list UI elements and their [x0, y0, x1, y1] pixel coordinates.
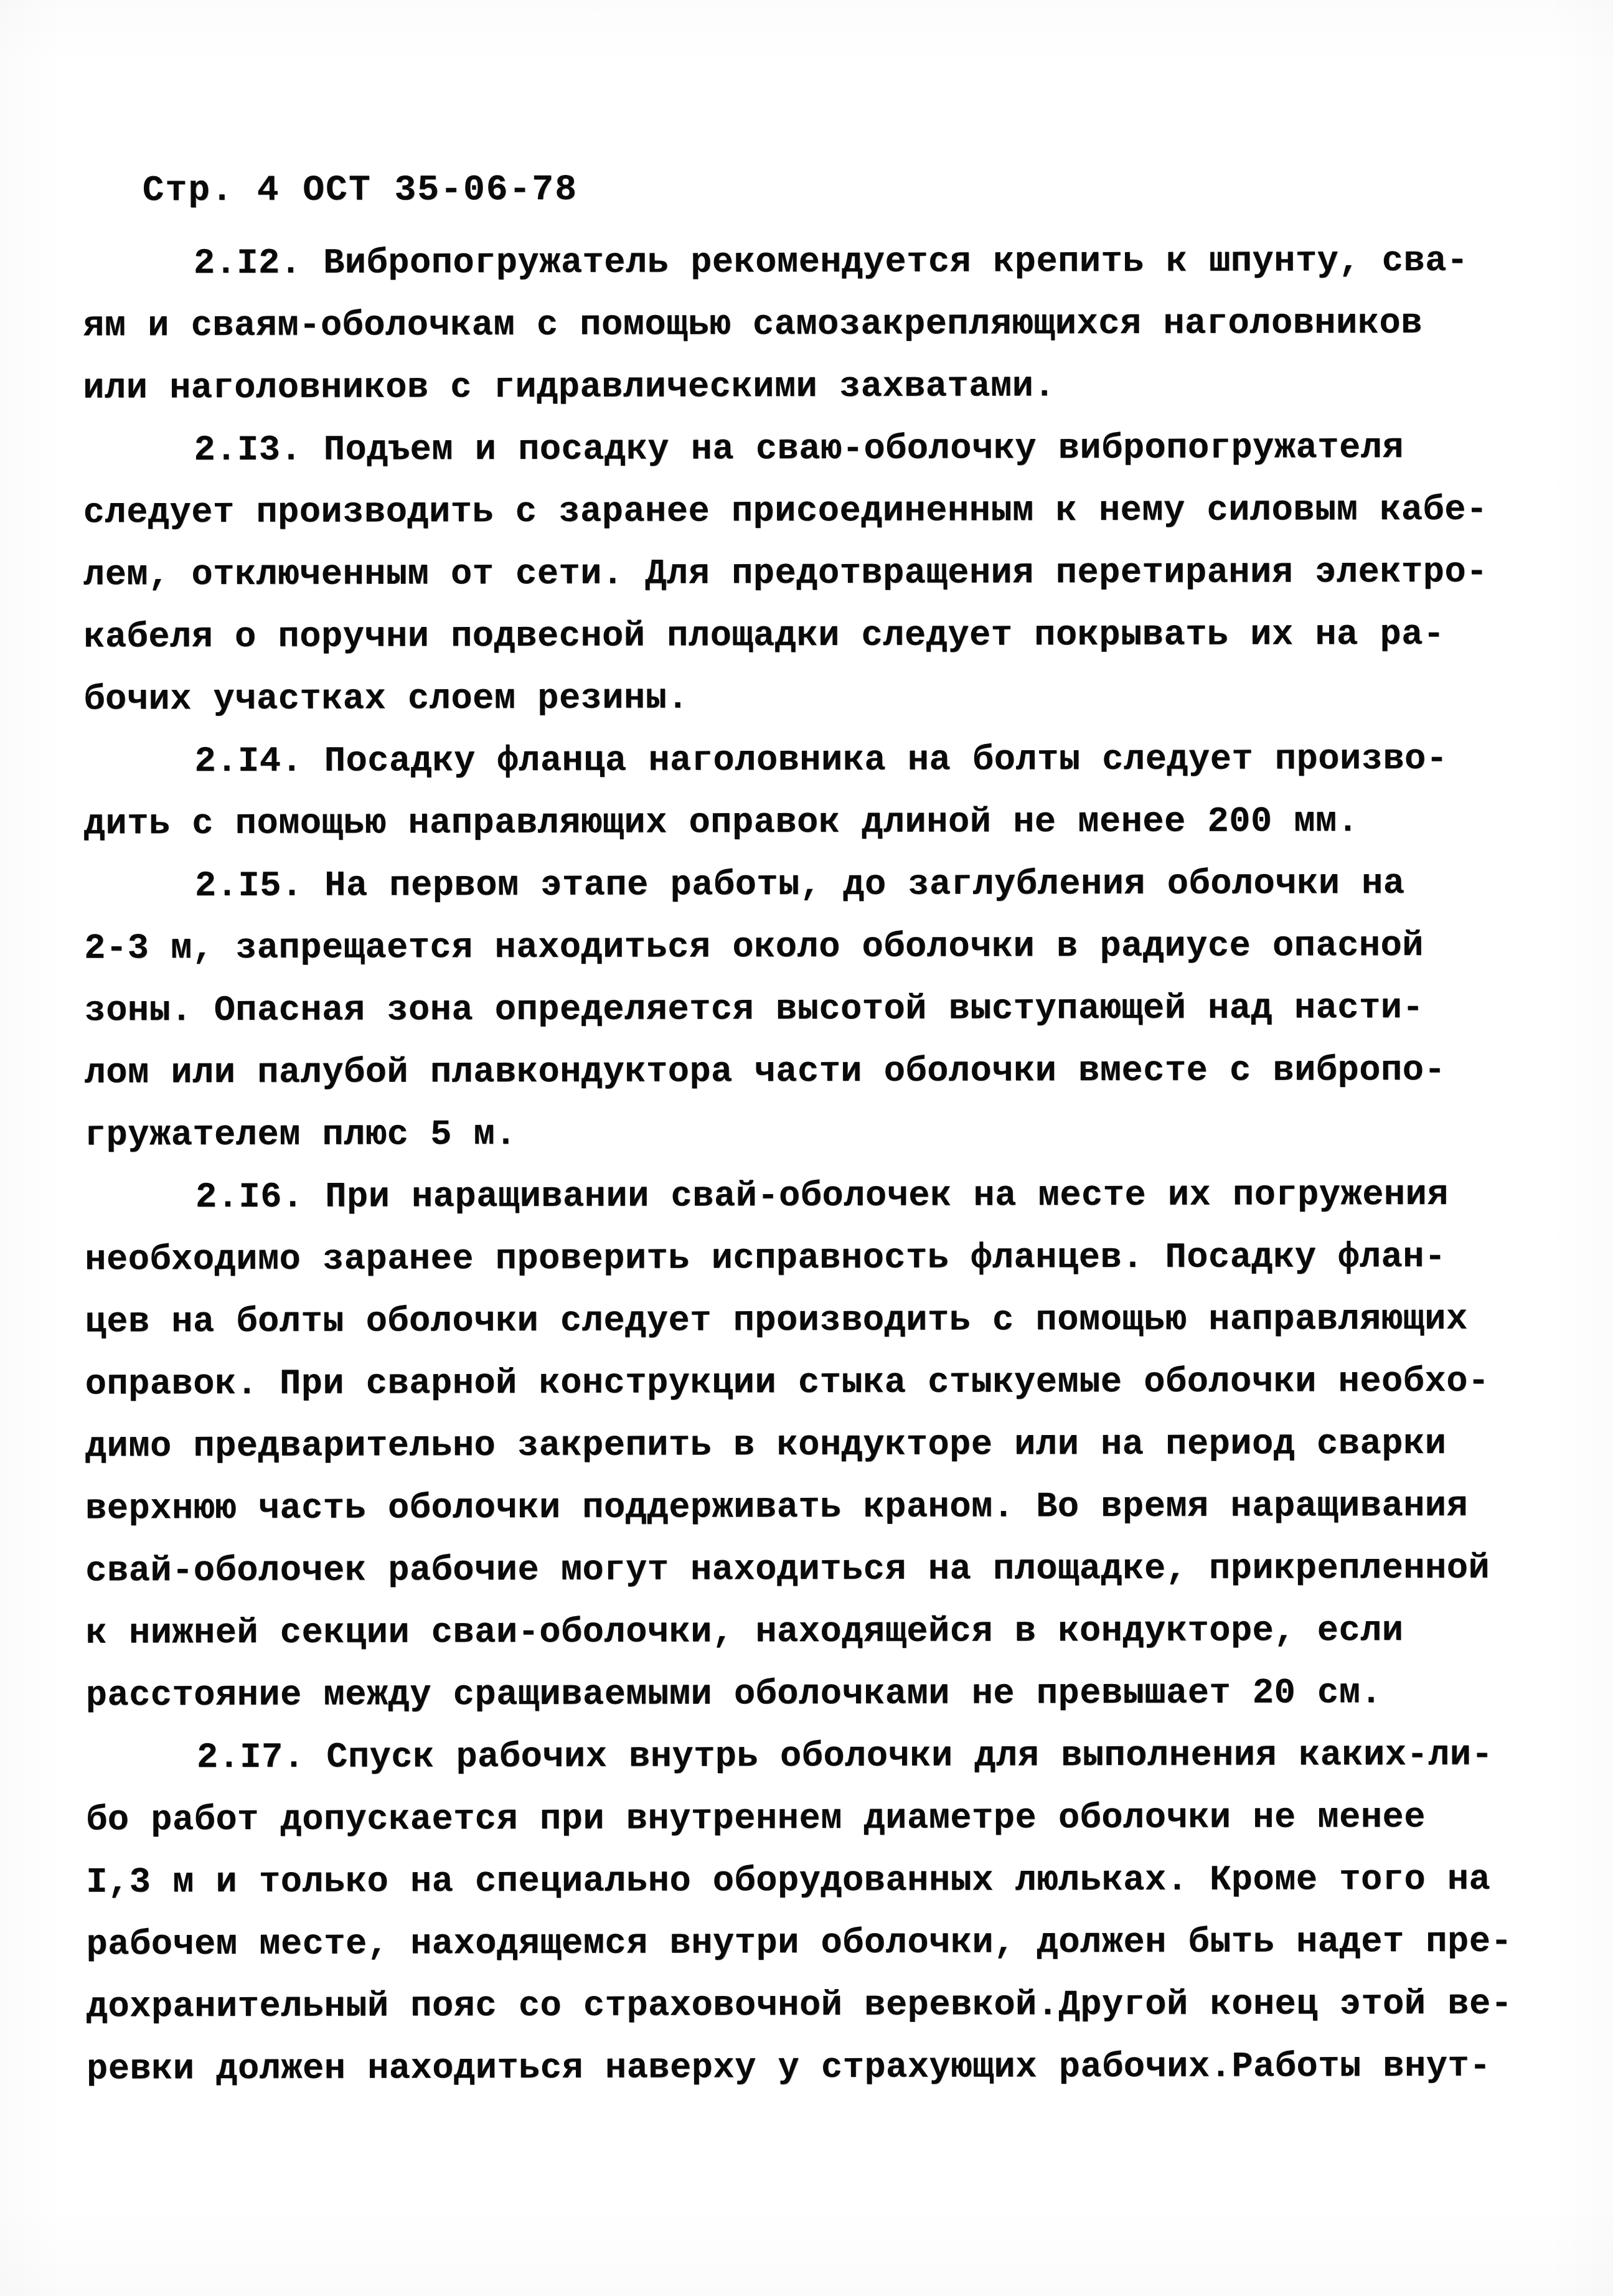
text-line: 2.I3. Подъем и посадку на сваю-оболочку … [83, 417, 1540, 482]
text-line: лом или палубой плавкондуктора части обо… [85, 1040, 1541, 1105]
text-line: 2.I4. Посадку фланца наголовника на болт… [83, 728, 1540, 794]
text-line: ревки должен находиться наверху у страху… [87, 2036, 1543, 2101]
text-line: димо предварительно закрепить в кондукто… [85, 1413, 1542, 1479]
text-line: расстояние между сращиваемыми оболочками… [86, 1662, 1543, 1728]
text-line: 2.I7. Спуск рабочих внутрь оболочки для … [86, 1724, 1543, 1790]
text-line: следует производить с заранее присоедине… [83, 479, 1540, 545]
text-line: или наголовников с гидравлическими захва… [83, 355, 1540, 420]
text-line: бочих участках слоем резины. [83, 666, 1540, 732]
text-line: дохранительный пояс со страховочной вере… [87, 1974, 1543, 2039]
text-line: 2.I6. При наращивании свай-оболочек на м… [85, 1164, 1541, 1230]
text-line: 2-3 м, запрещается находиться около обол… [84, 915, 1541, 981]
text-line: к нижней секции сваи-оболочки, находящей… [85, 1600, 1542, 1665]
text-line: 2.I2. Вибропогружатель рекомендуется кре… [83, 230, 1540, 296]
text-line: рабочем месте, находящемся внутри оболоч… [86, 1911, 1543, 1977]
text-line: 2.I5. На первом этапе работы, до заглубл… [84, 853, 1541, 918]
text-line: верхнюю часть оболочки поддерживать кран… [85, 1475, 1542, 1541]
text-line: кабеля о поручни подвесной площадки след… [83, 604, 1540, 669]
text-line: ям и сваям-оболочкам с помощью самозакре… [83, 293, 1540, 358]
text-line: дить с помощью направляющих оправок длин… [84, 791, 1541, 856]
page-header: Стр. 4 ОСТ 35-06-78 [143, 170, 578, 211]
text-line: гружателем плюс 5 м. [85, 1102, 1541, 1167]
text-line: лем, отключенным от сети. Для предотвращ… [83, 542, 1540, 607]
scanned-text-block: Стр. 4 ОСТ 35-06-78 2.I2. Вибропогружате… [0, 0, 1613, 2296]
text-line: I,3 м и только на специально оборудованн… [86, 1849, 1543, 1914]
text-line: бо работ допускается при внутреннем диам… [86, 1787, 1543, 1852]
document-page: Стр. 4 ОСТ 35-06-78 2.I2. Вибропогружате… [0, 0, 1613, 2296]
text-line: цев на болты оболочки следует производит… [85, 1289, 1541, 1354]
document-body: 2.I2. Вибропогружатель рекомендуется кре… [83, 230, 1543, 2101]
text-line: зоны. Опасная зона определяется высотой … [84, 977, 1541, 1043]
text-line: необходимо заранее проверить исправность… [85, 1226, 1541, 1292]
text-line: свай-оболочек рабочие могут находиться н… [85, 1538, 1542, 1603]
text-line: оправок. При сварной конструкции стыка с… [85, 1351, 1542, 1416]
